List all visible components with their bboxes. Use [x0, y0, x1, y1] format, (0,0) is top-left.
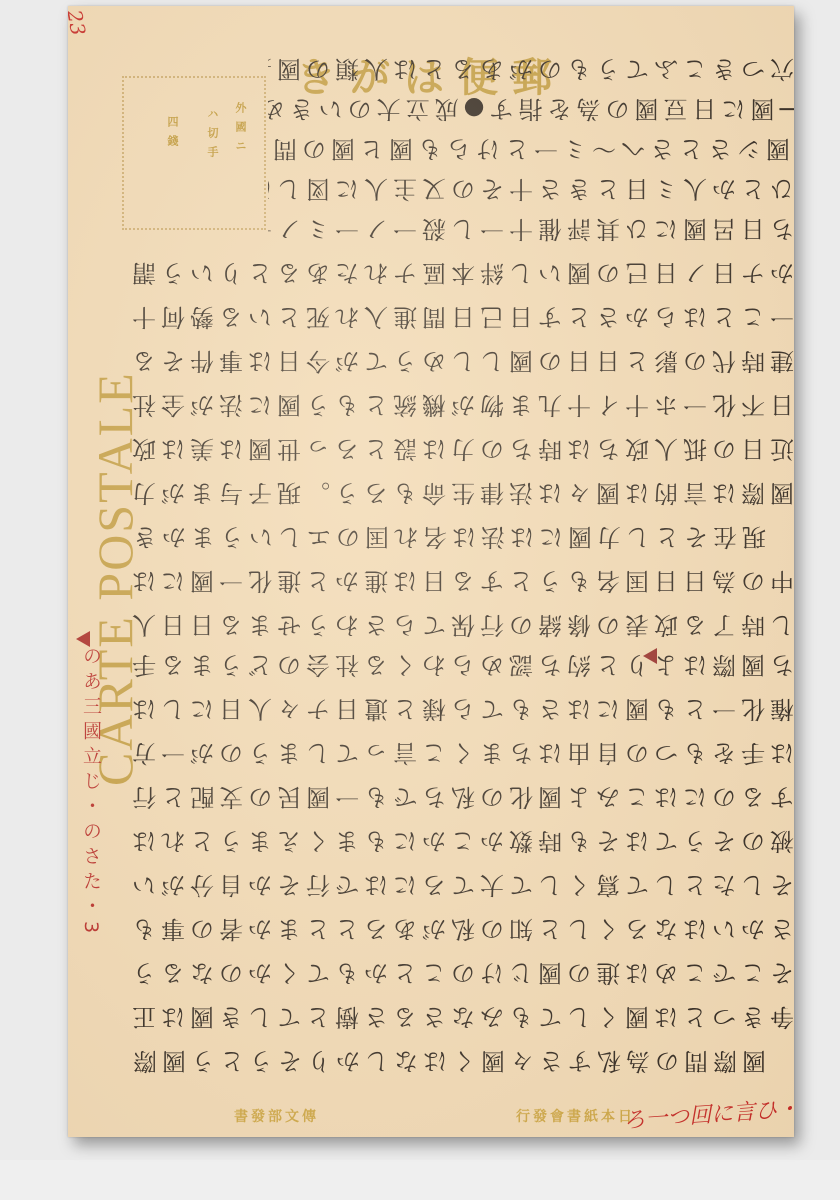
- handwriting-line: かナ日ノ日已の國いし絆本區ナれたあるとりいう謂: [128, 258, 794, 293]
- red-triangle-mark: [76, 631, 90, 647]
- handwriting-line: さかいはなろくしと知の私があろととまか者の事も: [128, 914, 794, 949]
- stamp-label-col2: ハ切手: [204, 108, 220, 165]
- handwriting-line: 中の為日日国名もうとする日は進かと進化一國にはで: [128, 566, 794, 601]
- red-triangle-mark: [643, 648, 657, 664]
- handwriting-line: 國際問の為私すさ々國くはなしかりそうとう國際: [128, 1046, 794, 1081]
- handwriting-line: 争きつとは國くしてもみなさるさ樹とてしき國は正: [128, 1002, 794, 1037]
- background-band: [0, 1160, 840, 1200]
- handwriting-line: ち國際はよりと約ち認めらわくる社会のどうまる手本: [128, 650, 794, 685]
- handwriting-line: は手をもつの自由はちまくこ言ってしまうのが一方こ日: [128, 738, 794, 773]
- handwriting-line: するのにはこみよ國化の私ちでも一國民の支配と行もる: [128, 782, 794, 817]
- handwriting-line: 現在そとし力國には法は名れ国のエしいうまかき: [128, 522, 794, 557]
- handwriting-line: 被のそうてはそも時数かこかにもまくえまうとれはすべこ: [128, 826, 794, 861]
- handwriting-line: 権化一とも國にはさもてら様と遺日ナ々人日にしは事件: [128, 694, 794, 729]
- handwriting-line: 國際は言的は國々は法律生命もろう。現子与まが力: [128, 478, 794, 513]
- handwriting-line: 國シさとさへ〜ミ一とけらも國ヒ國の問: [268, 134, 794, 169]
- stamp-label-col1: 外國ニ: [232, 102, 248, 159]
- handwriting-line: ─國に日豆國の為を指す●成立大のいきめて: [268, 94, 794, 129]
- handwriting-line: ひとか人ミ日ときさ十その又主人に図しはち國: [268, 174, 794, 209]
- handwriting-line: 穴つきこふてうものがあるとは人類の國兵と相寫視: [268, 54, 794, 89]
- handwriting-line: ち日呂國にひ其評催十一し殺一ノ一ミノ一ろ: [268, 214, 794, 249]
- handwriting-line: 日不化一ホ十イ十九ま物が機統ともう國に法が全社会を求め: [128, 390, 794, 425]
- red-side-note: のあ三國立じ・のさた・3: [78, 646, 105, 939]
- red-corner-number: 23: [68, 8, 90, 37]
- handwriting-line: 建時代の影と日日の國ししめうてが今日は事件そる: [128, 346, 794, 381]
- stamp-box: 外國ニ ハ切手 四錢: [122, 76, 266, 230]
- handwriting-line: し時了る政表の條緒の行保てらさわうせまる日日人代: [128, 610, 794, 645]
- imprint-right: 行發會書紙本日: [516, 1106, 635, 1126]
- handwriting-line: 近日の抵人政ちは時ちの力は設とろっ世國は美は政: [128, 434, 794, 469]
- red-bottom-note: ろ一つ回に言ひ・一!こ: [622, 1088, 794, 1135]
- handwriting-line: そしたとして寫くして大てろにはで行そか自分がいてく: [128, 870, 794, 905]
- handwriting-line: 一ことはらかさとす日己日間進入れ死といる勢何十日日: [128, 302, 794, 337]
- stamp-label-col3: 四錢: [164, 116, 180, 154]
- imprint-left: 書發部文傳: [234, 1106, 319, 1126]
- postcard: 外國ニ ハ切手 四錢 きがは便郵 CARTE POSTALE 穴つきこふてうもの…: [68, 6, 794, 1137]
- handwriting-line: そこでこめは進の國じけのことかもてくかのなるう: [128, 958, 794, 993]
